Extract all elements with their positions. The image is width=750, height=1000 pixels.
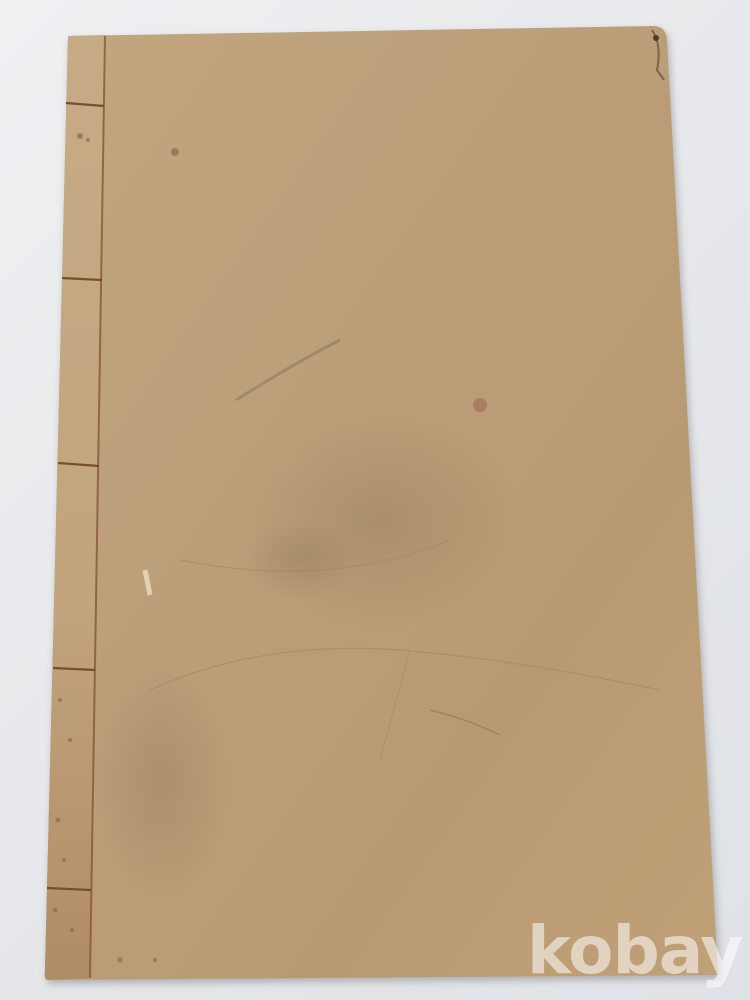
book-cover-illustration	[0, 0, 750, 1000]
kobay-watermark: kobay	[527, 918, 742, 984]
book-photo: kobay	[0, 0, 750, 1000]
